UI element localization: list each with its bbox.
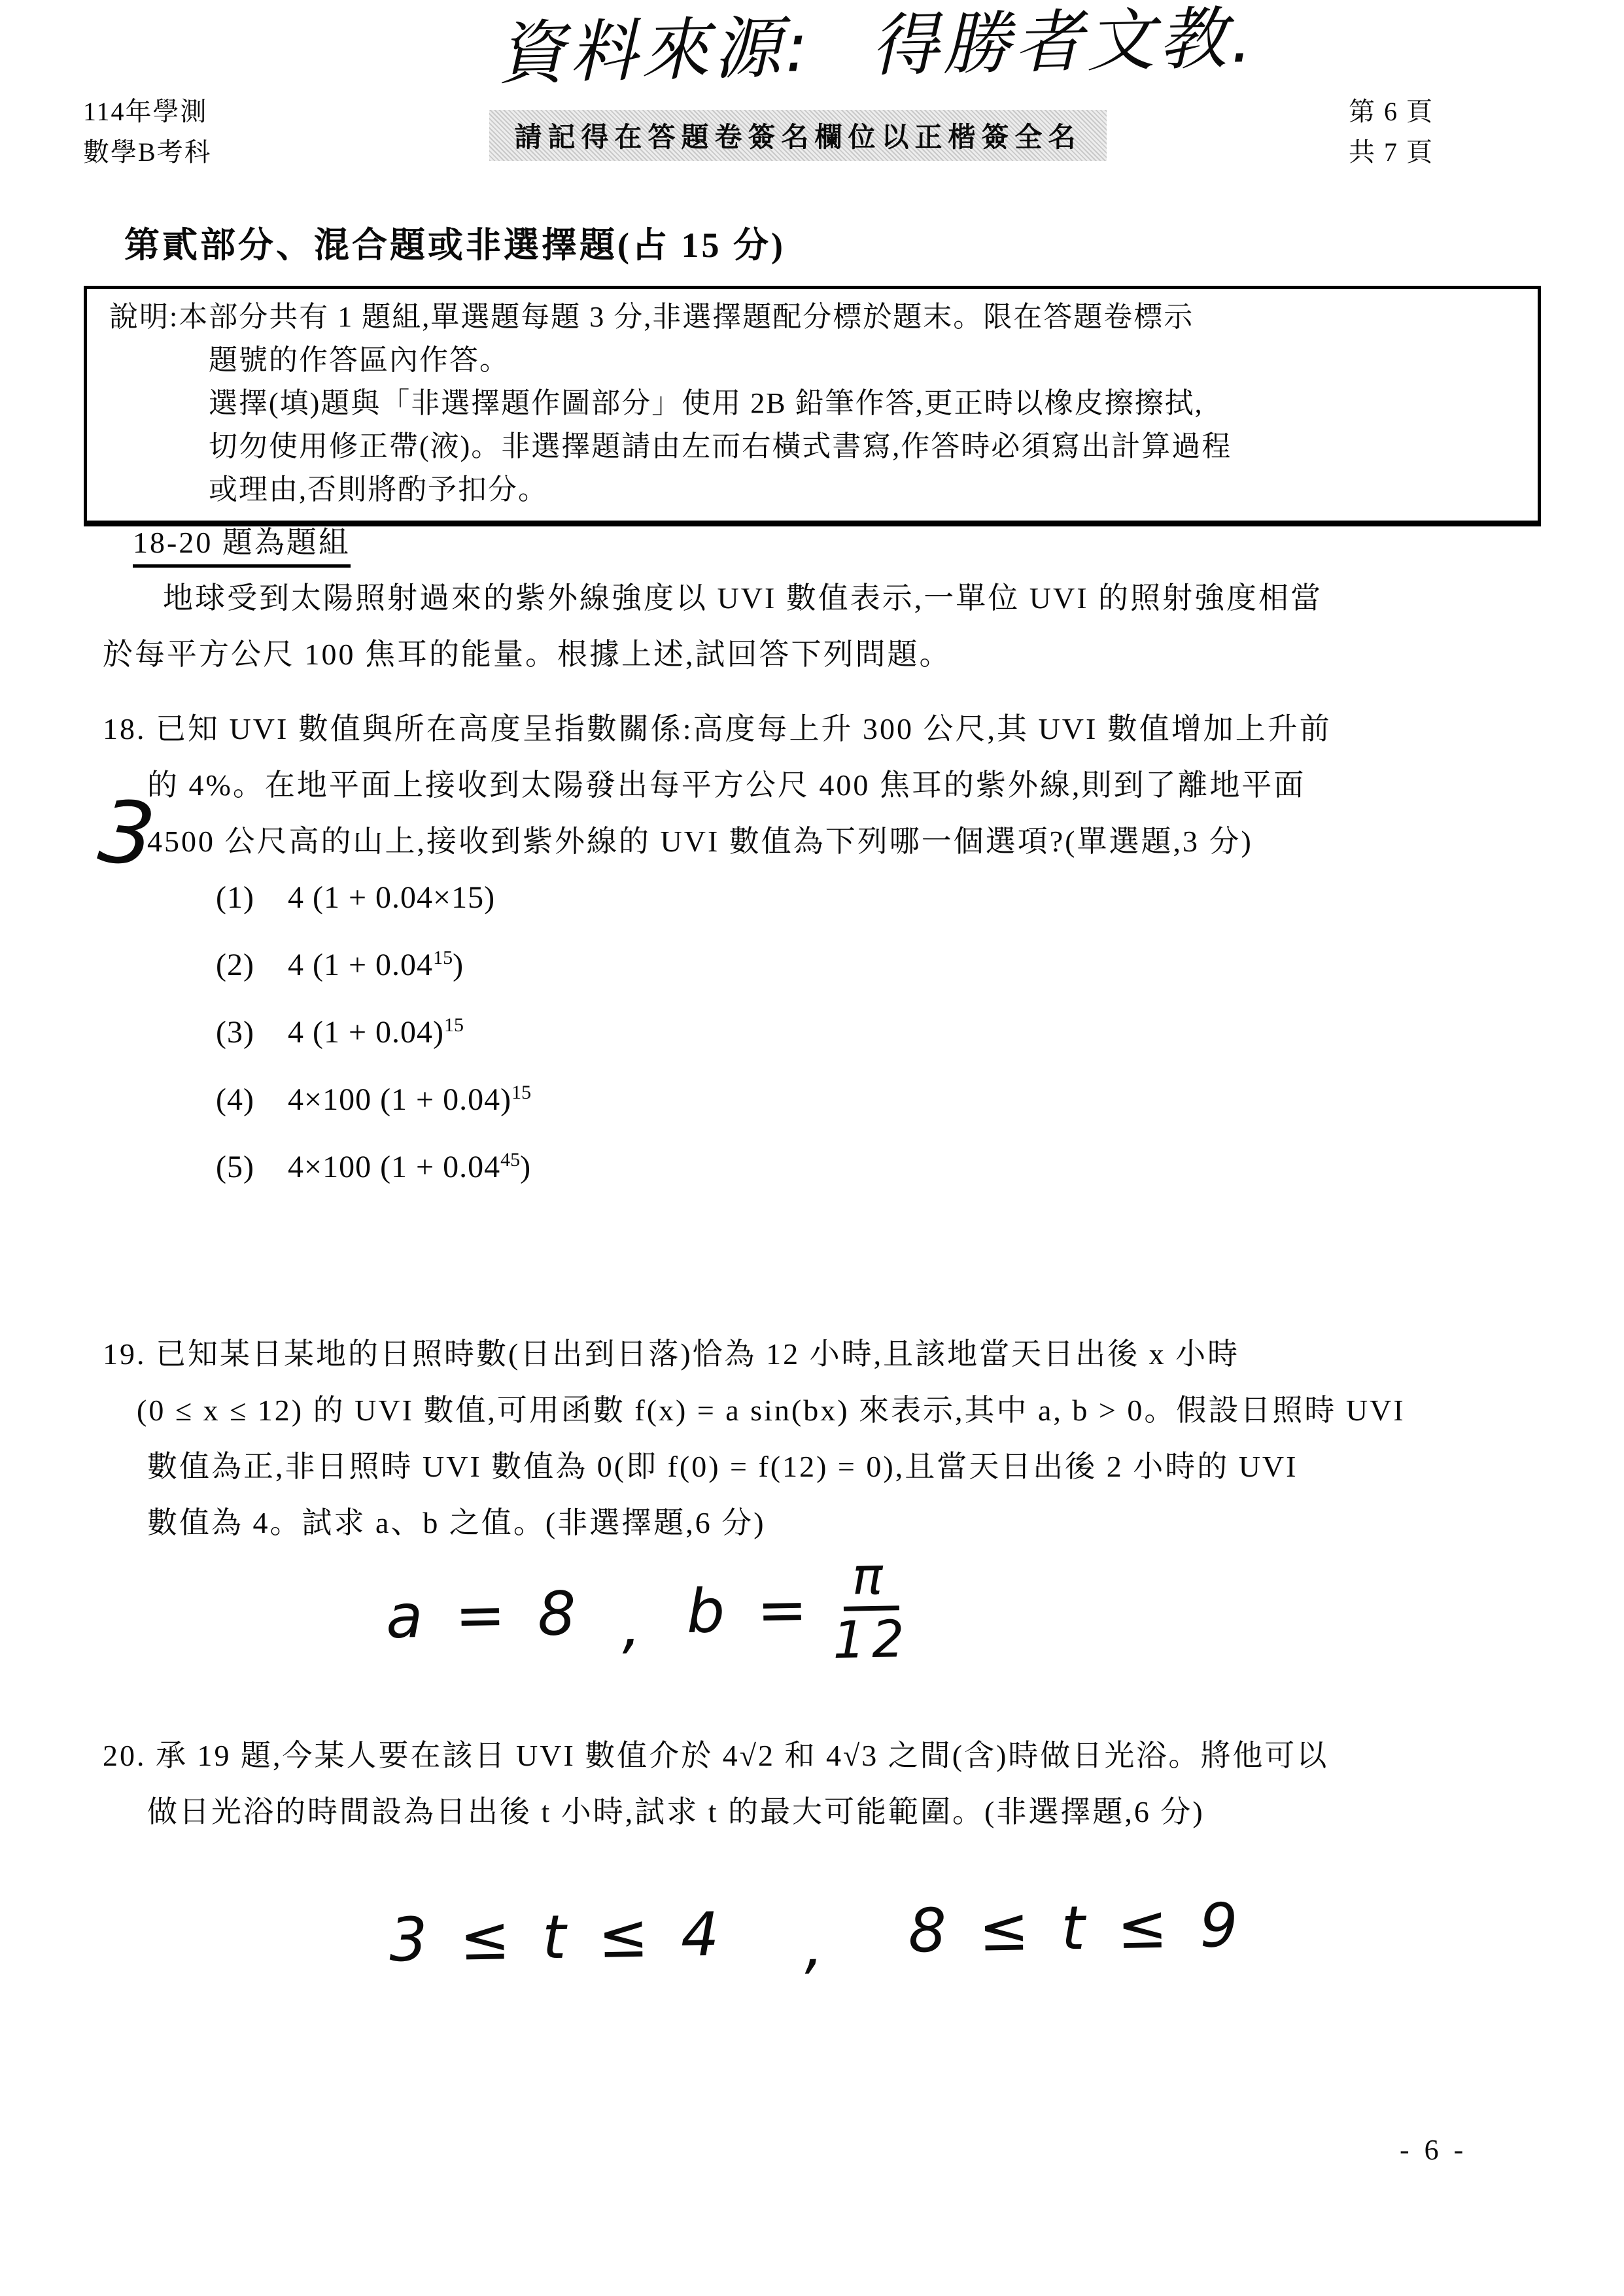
exam-year-label: 114年學測	[83, 92, 212, 132]
question-19-number: 19.	[103, 1337, 147, 1371]
signature-reminder-banner: 請記得在答題卷簽名欄位以正楷簽全名	[489, 110, 1107, 161]
instructions-line: 選擇(填)題與「非選擇題作圖部分」使用 2B 鉛筆作答,更正時以橡皮擦擦拭,	[109, 382, 1522, 425]
question-18-line: 18. 已知 UVI 數值與所在高度呈指數關係:高度每上升 300 公尺,其 U…	[103, 701, 1555, 757]
intro-line: 地球受到太陽照射過來的紫外線強度以 UVI 數值表示,一單位 UVI 的照射強度…	[103, 570, 1542, 626]
instructions-line: 或理由,否則將酌予扣分。	[109, 468, 1522, 511]
q19-answer-comma: ,	[621, 1590, 648, 1661]
subject-label: 數學B考科	[83, 132, 212, 173]
option-3-label: (3)	[216, 1002, 288, 1063]
question-18-number: 18.	[103, 712, 147, 745]
intro-paragraph: 地球受到太陽照射過來的紫外線強度以 UVI 數值表示,一單位 UVI 的照射強度…	[103, 570, 1542, 683]
handwritten-source-note: 資料來源:得勝者文教.	[496, 0, 1257, 97]
option-2: (2)4 (1 + 0.0415)	[216, 928, 531, 995]
question-group-heading-wrap: 18-20 題為題組	[133, 519, 351, 568]
q19-answer-b: b =	[686, 1575, 815, 1647]
exam-page: 資料來源:得勝者文教. 114年學測 數學B考科 請記得在答題卷簽名欄位以正楷簽…	[0, 0, 1624, 2296]
instructions-line: 切勿使用修正帶(液)。非選擇題請由左而右橫式書寫,作答時必須寫出計算過程	[109, 425, 1522, 468]
page-total: 共 7 頁	[1349, 132, 1434, 173]
handwritten-q19-answer: a = 8 , b = π 12	[385, 1551, 912, 1674]
q19-answer-a: a = 8	[385, 1579, 583, 1652]
q20-answer-range1: 3 ≤ t ≤ 4	[389, 1899, 726, 1975]
question-20-number: 20.	[103, 1739, 147, 1772]
header-right: 第 6 頁 共 7 頁	[1349, 92, 1434, 173]
handwritten-source-value: 得勝者文教.	[870, 0, 1256, 86]
question-19-line: 19. 已知某日某地的日照時數(日出到日落)恰為 12 小時,且該地當天日出後 …	[103, 1326, 1568, 1382]
fraction-denominator: 12	[832, 1610, 911, 1666]
option-4-label: (4)	[216, 1070, 288, 1130]
instructions-line: 說明:本部分共有 1 題組,單選題每題 3 分,非選擇題配分標於題末。限在答題卷…	[109, 296, 1522, 339]
question-19-line: (0 ≤ x ≤ 12) 的 UVI 數值,可用函數 f(x) = a sin(…	[103, 1382, 1568, 1439]
handwritten-q20-answer: 3 ≤ t ≤ 4 , 8 ≤ t ≤ 9	[389, 1877, 1245, 1989]
handwritten-gap	[812, 69, 871, 71]
fraction-numerator: π	[842, 1551, 899, 1611]
question-19-line: 數值為正,非日照時 UVI 數值為 0(即 f(0) = f(12) = 0),…	[103, 1439, 1568, 1495]
handwritten-source-label: 資料來源:	[496, 7, 812, 94]
instructions-text: 本部分共有 1 題組,單選題每題 3 分,非選擇題配分標於題末。限在答題卷標示	[179, 301, 1194, 333]
option-2-label: (2)	[216, 935, 288, 995]
q19-answer-fraction: π 12	[831, 1551, 911, 1666]
question-20: 20. 承 19 題,今某人要在該日 UVI 數值介於 4√2 和 4√3 之間…	[103, 1728, 1568, 1840]
footer-page-marker: - 6 -	[1400, 2133, 1467, 2167]
page-number: 第 6 頁	[1349, 92, 1434, 132]
signature-reminder-text: 請記得在答題卷簽名欄位以正楷簽全名	[514, 116, 1081, 155]
header-left: 114年學測 數學B考科	[83, 92, 212, 173]
instructions-line: 題號的作答區內作答。	[109, 339, 1522, 382]
option-1-label: (1)	[216, 868, 288, 928]
question-20-line: 做日光浴的時間設為日出後 t 小時,試求 t 的最大可能範圍。(非選擇題,6 分…	[103, 1784, 1568, 1840]
question-20-line: 20. 承 19 題,今某人要在該日 UVI 數值介於 4√2 和 4√3 之間…	[103, 1728, 1568, 1784]
section-title: 第貳部分、混合題或非選擇題(占 15 分)	[124, 217, 786, 267]
instructions-label: 說明:	[109, 301, 179, 333]
option-4: (4)4×100 (1 + 0.04)15	[216, 1063, 531, 1130]
question-18-line: 的 4%。在地平面上接收到太陽發出每平方公尺 400 焦耳的紫外線,則到了離地平…	[103, 757, 1555, 814]
instructions-box: 說明:本部分共有 1 題組,單選題每題 3 分,非選擇題配分標於題末。限在答題卷…	[84, 286, 1541, 526]
option-5: (5)4×100 (1 + 0.0445)	[216, 1130, 531, 1197]
question-19: 19. 已知某日某地的日照時數(日出到日落)恰為 12 小時,且該地當天日出後 …	[103, 1326, 1568, 1551]
question-18: 18. 已知 UVI 數值與所在高度呈指數關係:高度每上升 300 公尺,其 U…	[103, 701, 1555, 870]
option-3: (3)4 (1 + 0.04)15	[216, 995, 531, 1063]
q20-answer-range2: 8 ≤ t ≤ 9	[908, 1891, 1245, 1966]
question-19-line: 數值為 4。試求 a、b 之值。(非選擇題,6 分)	[103, 1495, 1568, 1551]
question-18-options: (1)4 (1 + 0.04×15) (2)4 (1 + 0.0415) (3)…	[216, 861, 531, 1197]
intro-line: 於每平方公尺 100 焦耳的能量。根據上述,試回答下列問題。	[103, 626, 1542, 683]
option-1: (1)4 (1 + 0.04×15)	[216, 861, 531, 928]
option-5-label: (5)	[216, 1137, 288, 1197]
question-group-heading: 18-20 題為題組	[133, 519, 351, 568]
q20-answer-comma: ,	[804, 1911, 831, 1981]
